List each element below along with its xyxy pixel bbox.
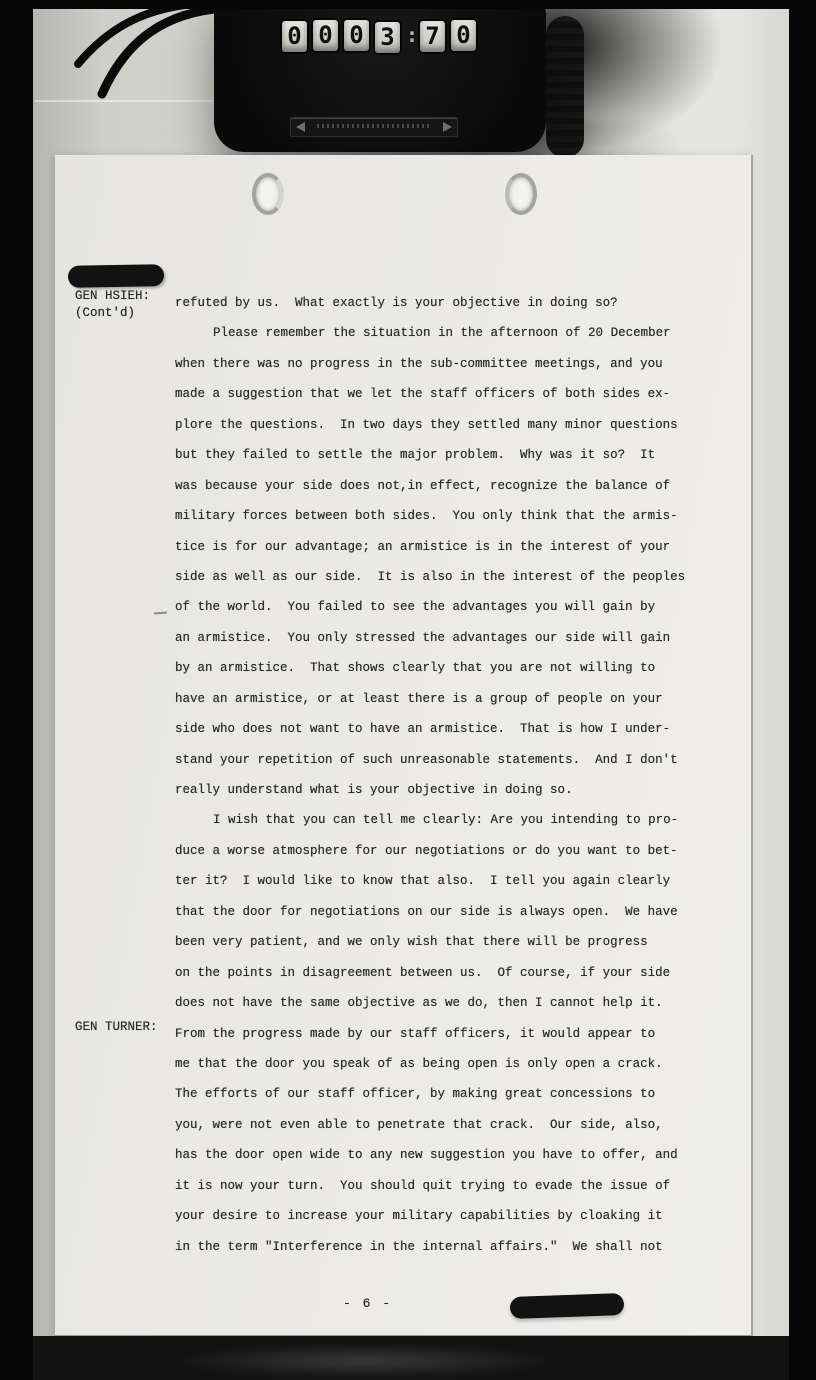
transcript-line: tice is for our advantage; an armistice … [175, 532, 751, 562]
left-arrow-icon [296, 122, 305, 132]
speaker-label: (Cont'd) [75, 305, 135, 322]
speech-block: GEN TURNER:From the progress made by our… [55, 1019, 751, 1263]
transcript-line: you, were not even able to penetrate tha… [175, 1110, 751, 1140]
transcript-line: I wish that you can tell me clearly: Are… [175, 805, 751, 835]
hole-punch-right [505, 173, 537, 215]
counter-knob [546, 16, 584, 158]
transcript-line: Please remember the situation in the aft… [175, 318, 751, 348]
transcript-line: but they failed to settle the major prob… [175, 440, 751, 470]
speech-block: GEN HSIEH:(Cont'd)refuted by us. What ex… [55, 288, 751, 1019]
document-page: GEN HSIEH:(Cont'd)refuted by us. What ex… [55, 155, 753, 1337]
counter-digit: 7 [420, 21, 445, 52]
counter-digit: 0 [451, 20, 476, 51]
transcript-line: by an armistice. That shows clearly that… [175, 653, 751, 683]
transcript-line: side as well as our side. It is also in … [175, 562, 751, 592]
transcript-line: duce a worse atmosphere for our negotiat… [175, 836, 751, 866]
transcript-line: has the door open wide to any new sugges… [175, 1140, 751, 1170]
speaker-label-column: GEN TURNER: [55, 1019, 175, 1263]
counter-cable-icon [30, 0, 260, 125]
transcript-line: it is now your turn. You should quit try… [175, 1171, 751, 1201]
speaker-label: GEN HSIEH: [75, 288, 150, 305]
transcript-line: was because your side does not,in effect… [175, 471, 751, 501]
counter-label-plate [290, 117, 458, 137]
page-number: - 6 - [343, 1296, 392, 1311]
transcript-line: of the world. You failed to see the adva… [175, 592, 751, 622]
film-border-right [789, 0, 816, 1380]
transcript-line: does not have the same objective as we d… [175, 988, 751, 1018]
transcript-line: refuted by us. What exactly is your obje… [175, 288, 751, 318]
transcript-line: that the door for negotiations on our si… [175, 897, 751, 927]
transcript-line: The efforts of our staff officer, by mak… [175, 1079, 751, 1109]
film-border-top [0, 0, 816, 9]
redaction-mark-top [68, 264, 164, 288]
microfilm-frame: 0003:70 GEN HSIEH:(Cont'd)refuted by us.… [0, 0, 816, 1380]
speaker-label-column: GEN HSIEH:(Cont'd) [55, 288, 175, 1019]
transcript-line: when there was no progress in the sub-co… [175, 349, 751, 379]
right-arrow-icon [443, 122, 452, 132]
transcript-line: stand your repetition of such unreasonab… [175, 745, 751, 775]
transcript-line: been very patient, and we only wish that… [175, 927, 751, 957]
film-frame-counter: 0003:70 [214, 0, 546, 152]
transcript-line: ter it? I would like to know that also. … [175, 866, 751, 896]
transcript-line: in the term "Interference in the interna… [175, 1232, 751, 1262]
transcript-line: side who does not want to have an armist… [175, 714, 751, 744]
transcript-line: really understand what is your objective… [175, 775, 751, 805]
transcript: GEN HSIEH:(Cont'd)refuted by us. What ex… [55, 288, 751, 1262]
counter-digits: 0003:70 [282, 20, 476, 51]
redaction-mark-bottom [510, 1293, 625, 1319]
counter-digit: 0 [282, 21, 307, 52]
transcript-line: on the points in disagreement between us… [175, 958, 751, 988]
transcript-line: From the progress made by our staff offi… [175, 1019, 751, 1049]
transcript-line: me that the door you speak of as being o… [175, 1049, 751, 1079]
transcript-line: plore the questions. In two days they se… [175, 410, 751, 440]
counter-digit: 3 [375, 22, 400, 53]
plate-fine-print [317, 124, 431, 128]
speech-text: refuted by us. What exactly is your obje… [175, 288, 751, 1019]
counter-digit: 0 [313, 20, 338, 51]
transcript-line: military forces between both sides. You … [175, 501, 751, 531]
hole-punch-left [252, 173, 284, 215]
bottom-smudge [170, 1344, 560, 1378]
film-border-left [0, 0, 33, 1380]
transcript-line: made a suggestion that we let the staff … [175, 379, 751, 409]
speaker-label: GEN TURNER: [75, 1019, 158, 1036]
transcript-line: your desire to increase your military ca… [175, 1201, 751, 1231]
transcript-line: have an armistice, or at least there is … [175, 684, 751, 714]
transcript-line: an armistice. You only stressed the adva… [175, 623, 751, 653]
counter-digit: 0 [344, 20, 369, 51]
counter-separator: : [406, 20, 414, 51]
speech-text: From the progress made by our staff offi… [175, 1019, 751, 1263]
